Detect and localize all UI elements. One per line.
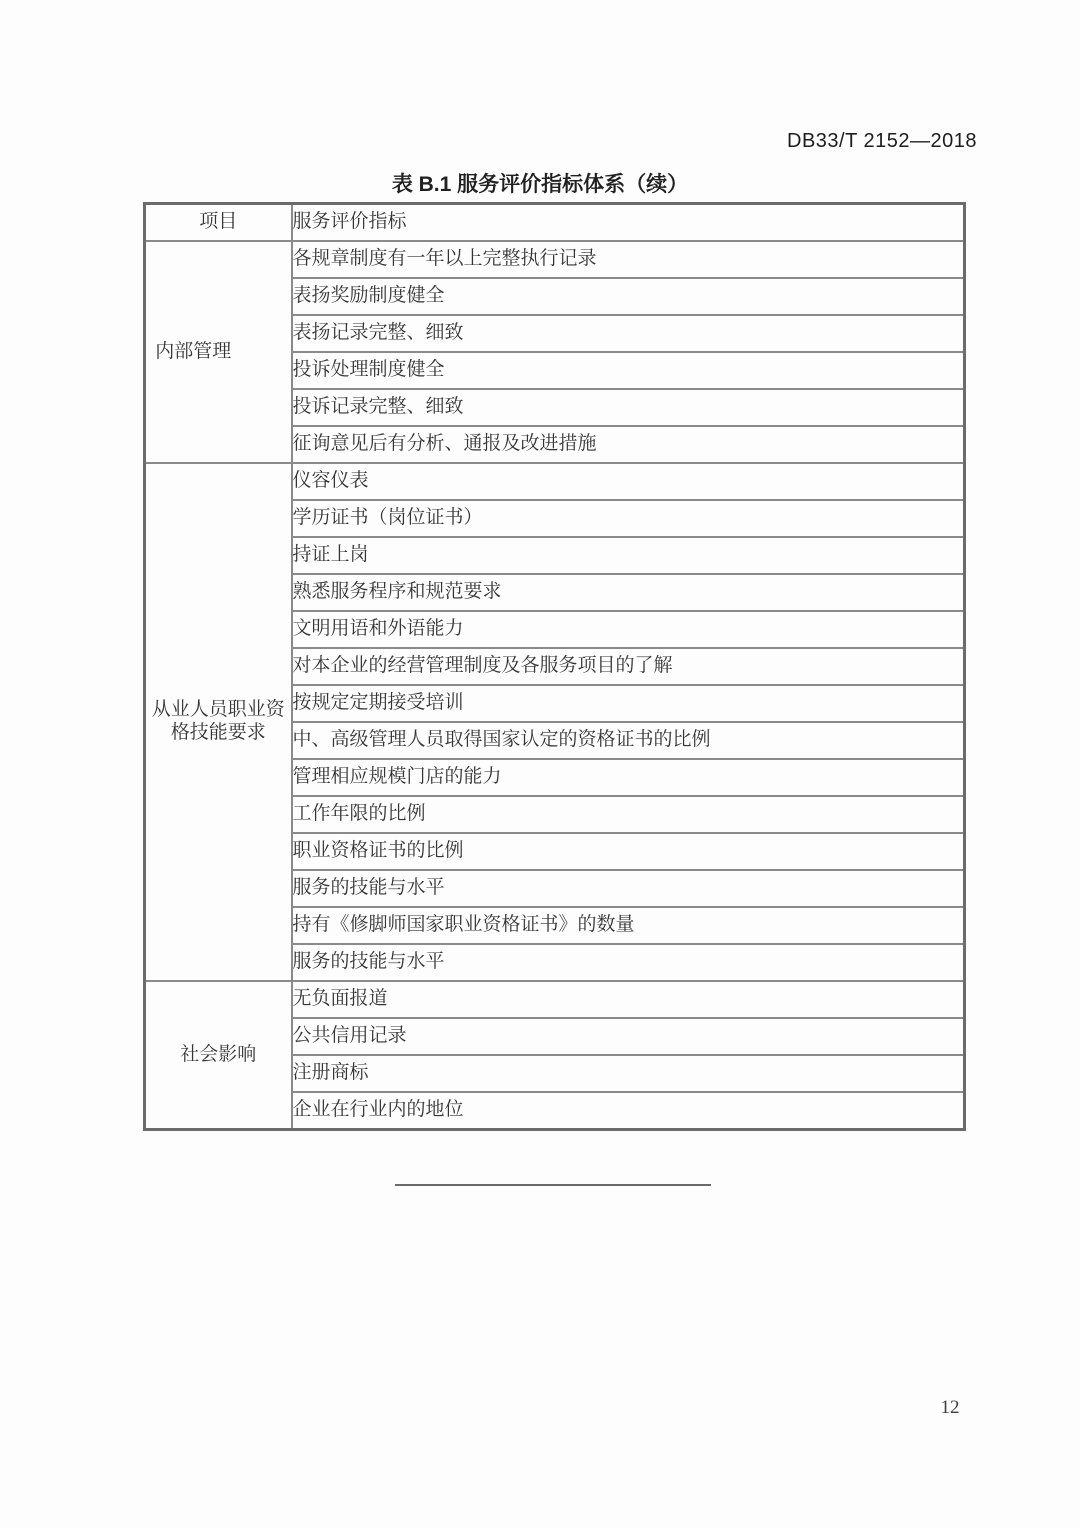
indicator-cell: 管理相应规模门店的能力 bbox=[292, 759, 965, 796]
indicator-cell: 服务的技能与水平 bbox=[292, 870, 965, 907]
category-cell: 从业人员职业资格技能要求 bbox=[145, 463, 292, 981]
category-label: 从业人员职业资格技能要求 bbox=[152, 699, 285, 745]
indicator-cell: 学历证书（岗位证书） bbox=[292, 500, 965, 537]
category-cell: 社会影响 bbox=[145, 981, 292, 1130]
indicator-cell: 无负面报道 bbox=[292, 981, 965, 1018]
indicator-cell: 按规定定期接受培训 bbox=[292, 685, 965, 722]
indicator-cell: 企业在行业内的地位 bbox=[292, 1092, 965, 1130]
table-row: 社会影响无负面报道 bbox=[145, 981, 965, 1018]
indicator-cell: 投诉记录完整、细致 bbox=[292, 389, 965, 426]
indicator-cell: 工作年限的比例 bbox=[292, 796, 965, 833]
indicator-table-body: 内部管理各规章制度有一年以上完整执行记录表扬奖励制度健全表扬记录完整、细致投诉处… bbox=[145, 241, 965, 1130]
table-header-row: 项目 服务评价指标 bbox=[145, 204, 965, 242]
indicator-cell: 注册商标 bbox=[292, 1055, 965, 1092]
indicator-cell: 服务的技能与水平 bbox=[292, 944, 965, 981]
page-number: 12 bbox=[930, 1397, 970, 1419]
document-page: DB33/T 2152—2018 表 B.1 服务评价指标体系（续） 项目 服务… bbox=[0, 0, 1080, 1528]
table-title: 表 B.1 服务评价指标体系（续） bbox=[0, 168, 1080, 198]
indicator-cell: 公共信用记录 bbox=[292, 1018, 965, 1055]
indicator-cell: 投诉处理制度健全 bbox=[292, 352, 965, 389]
indicator-cell: 中、高级管理人员取得国家认定的资格证书的比例 bbox=[292, 722, 965, 759]
indicator-cell: 仪容仪表 bbox=[292, 463, 965, 500]
end-rule-line bbox=[395, 1184, 711, 1186]
indicator-cell: 文明用语和外语能力 bbox=[292, 611, 965, 648]
table-row: 从业人员职业资格技能要求仪容仪表 bbox=[145, 463, 965, 500]
indicator-cell: 表扬记录完整、细致 bbox=[292, 315, 965, 352]
table-row: 内部管理各规章制度有一年以上完整执行记录 bbox=[145, 241, 965, 278]
category-label: 内部管理 bbox=[155, 341, 231, 364]
indicator-cell: 各规章制度有一年以上完整执行记录 bbox=[292, 241, 965, 278]
indicator-cell: 对本企业的经营管理制度及各服务项目的了解 bbox=[292, 648, 965, 685]
indicator-table: 项目 服务评价指标 内部管理各规章制度有一年以上完整执行记录表扬奖励制度健全表扬… bbox=[143, 202, 966, 1131]
indicator-cell: 职业资格证书的比例 bbox=[292, 833, 965, 870]
header-cell-item: 项目 bbox=[145, 204, 292, 242]
header-cell-indicator: 服务评价指标 bbox=[292, 204, 965, 242]
indicator-cell: 持有《修脚师国家职业资格证书》的数量 bbox=[292, 907, 965, 944]
indicator-cell: 持证上岗 bbox=[292, 537, 965, 574]
indicator-cell: 征询意见后有分析、通报及改进措施 bbox=[292, 426, 965, 463]
indicator-cell: 表扬奖励制度健全 bbox=[292, 278, 965, 315]
category-cell: 内部管理 bbox=[145, 241, 292, 463]
category-label: 社会影响 bbox=[180, 1044, 256, 1067]
standard-code: DB33/T 2152—2018 bbox=[787, 130, 977, 153]
indicator-cell: 熟悉服务程序和规范要求 bbox=[292, 574, 965, 611]
